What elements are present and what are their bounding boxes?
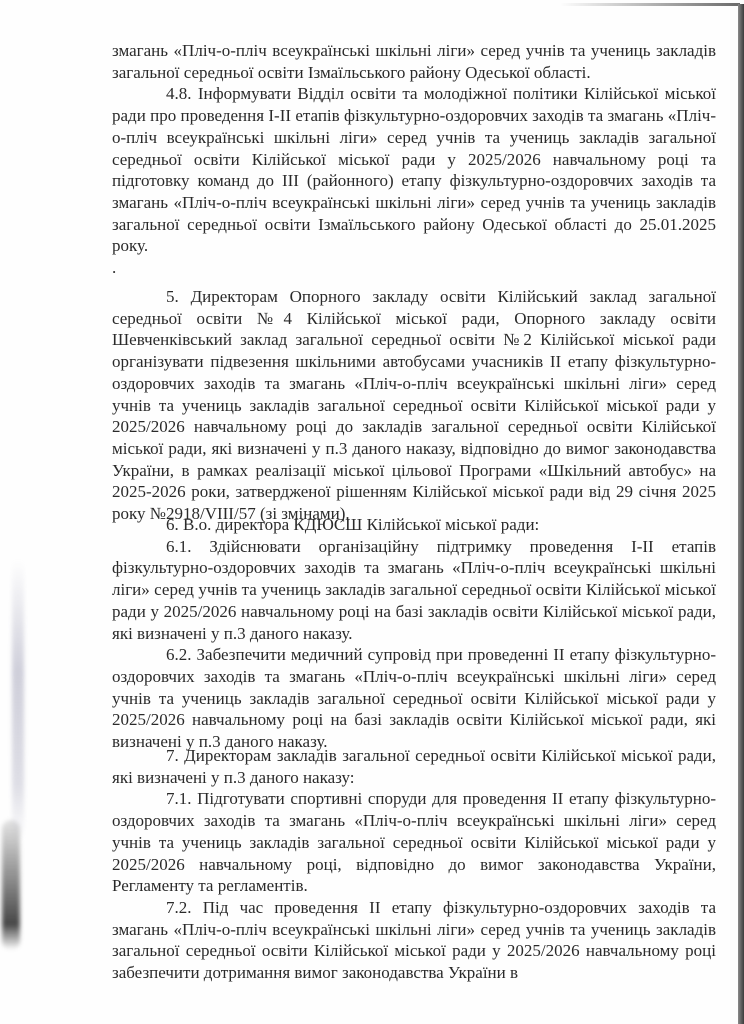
- paragraph-7-1: 7.1. Підготувати спортивні споруди для п…: [112, 788, 716, 897]
- paragraph-4-7-continued: змагань «Пліч-о-пліч всеукраїнські шкіль…: [112, 40, 716, 83]
- paragraph-6-1: 6.1. Здійснювати організаційну підтримку…: [112, 536, 716, 645]
- scan-edge-top: [560, 3, 740, 6]
- text-block-top: змагань «Пліч-о-пліч всеукраїнські шкіль…: [112, 40, 716, 279]
- paragraph-7: 7. Директорам закладів загальної середнь…: [112, 745, 716, 788]
- text-block-section-6: 6. В.о. директора КДЮСШ Кілійської міськ…: [112, 514, 716, 753]
- scan-smudge-light: [12, 560, 24, 840]
- stray-dot: .: [112, 257, 716, 279]
- scanned-document-page: змагань «Пліч-о-пліч всеукраїнські шкіль…: [0, 0, 744, 1024]
- scan-smudge-dark: [2, 820, 20, 950]
- paragraph-4-8: 4.8. Інформувати Відділ освіти та молоді…: [112, 83, 716, 257]
- text-block-section-5: 5. Директорам Опорного закладу освіти Кі…: [112, 286, 716, 525]
- paragraph-5: 5. Директорам Опорного закладу освіти Кі…: [112, 286, 716, 525]
- paragraph-6-2: 6.2. Забезпечити медичний супровід при п…: [112, 644, 716, 753]
- scan-edge-right: [738, 4, 744, 1024]
- text-block-section-7: 7. Директорам закладів загальної середнь…: [112, 745, 716, 984]
- paragraph-6: 6. В.о. директора КДЮСШ Кілійської міськ…: [112, 514, 716, 536]
- paragraph-7-2: 7.2. Під час проведення ІІ етапу фізкуль…: [112, 897, 716, 984]
